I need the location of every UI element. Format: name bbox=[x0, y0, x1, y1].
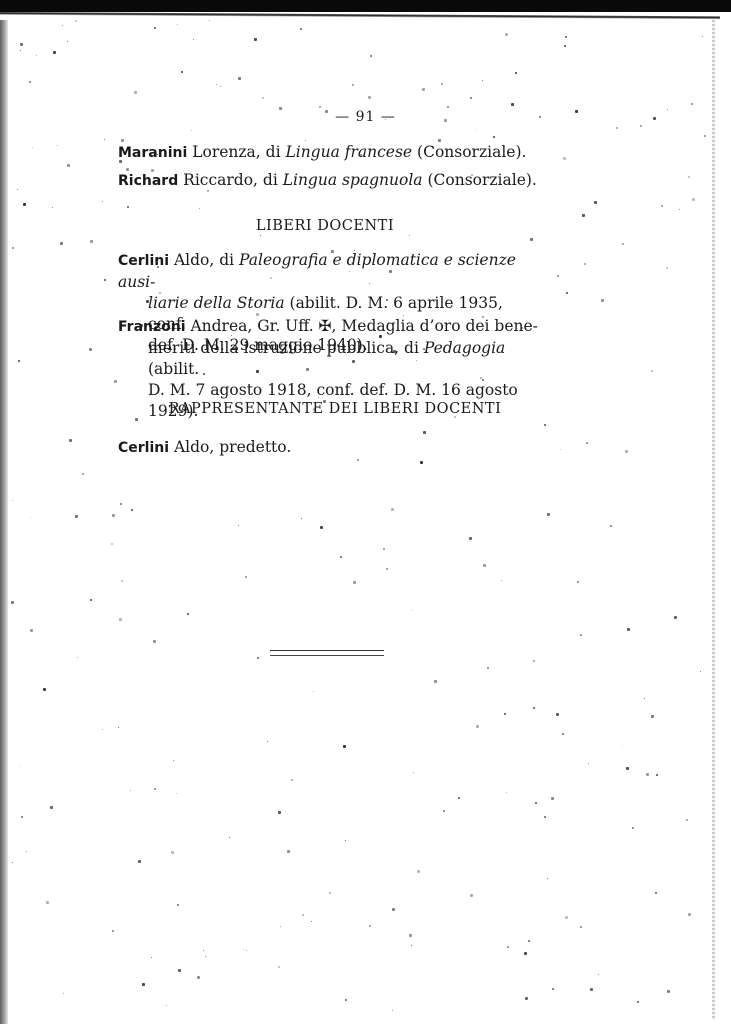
scan-speck bbox=[392, 1010, 393, 1011]
scan-speck bbox=[82, 473, 84, 475]
scan-speck bbox=[246, 950, 247, 951]
scan-speck bbox=[551, 797, 554, 800]
scan-speck bbox=[209, 20, 210, 21]
entry-maranini: Maranini Lorenza, di Lingua francese (Co… bbox=[118, 142, 538, 164]
scan-speck bbox=[43, 688, 46, 691]
scan-speck bbox=[178, 969, 181, 972]
scan-speck bbox=[112, 930, 114, 932]
scan-speck bbox=[640, 125, 642, 127]
scan-speck bbox=[205, 956, 206, 957]
scan-speck bbox=[199, 208, 200, 209]
scan-speck bbox=[580, 634, 582, 636]
scan-speck bbox=[565, 36, 567, 38]
scan-speck bbox=[267, 741, 268, 742]
scan-speck bbox=[476, 725, 479, 728]
entry-subject: liarie della Storia bbox=[148, 294, 285, 312]
scan-speck bbox=[525, 997, 528, 1000]
entry-text: Aldo, predetto. bbox=[169, 438, 291, 456]
scan-speck bbox=[443, 810, 445, 812]
scan-speck bbox=[30, 629, 33, 632]
scan-speck bbox=[67, 41, 68, 42]
scan-speck bbox=[193, 39, 194, 40]
scan-speck bbox=[60, 242, 63, 245]
scan-speck bbox=[345, 840, 346, 841]
scan-speck bbox=[243, 949, 244, 950]
scan-speck bbox=[352, 84, 354, 86]
scan-speck bbox=[104, 139, 105, 140]
scan-speck bbox=[216, 84, 217, 85]
entry-text: (abilit. bbox=[148, 360, 199, 378]
scan-speck bbox=[656, 774, 658, 776]
scan-speck bbox=[287, 850, 290, 853]
scan-speck bbox=[153, 640, 156, 643]
scan-speck bbox=[528, 940, 530, 942]
scan-speck bbox=[511, 103, 514, 106]
scan-speck bbox=[700, 671, 701, 672]
entry-text: (Consorziale). bbox=[412, 143, 526, 161]
scan-speck bbox=[552, 988, 554, 990]
entry-text: meriti della istruzione pubblica, di bbox=[148, 339, 424, 357]
scan-speck bbox=[547, 513, 550, 516]
scan-speck bbox=[533, 660, 535, 662]
scan-speck bbox=[692, 198, 695, 201]
scan-speck bbox=[187, 613, 189, 615]
scan-speck bbox=[564, 45, 566, 47]
scan-speck bbox=[29, 81, 31, 83]
scan-speck bbox=[69, 439, 72, 442]
scan-speck bbox=[329, 892, 331, 894]
scan-speck bbox=[254, 38, 257, 41]
scan-speck bbox=[535, 802, 537, 804]
scan-speck bbox=[504, 713, 506, 715]
scan-speck bbox=[434, 680, 437, 683]
scan-speck bbox=[501, 580, 502, 581]
scan-speck bbox=[417, 870, 420, 873]
scan-speck bbox=[67, 164, 70, 167]
scan-left-edge bbox=[0, 20, 8, 1024]
scan-speck bbox=[53, 51, 56, 54]
scan-speck bbox=[674, 616, 677, 619]
scan-speck bbox=[632, 827, 634, 829]
scan-speck bbox=[12, 247, 14, 249]
scan-speck bbox=[311, 921, 312, 922]
scan-speck bbox=[181, 71, 183, 73]
scan-speck bbox=[515, 72, 517, 74]
scan-top-rule bbox=[0, 12, 720, 19]
scan-speck bbox=[556, 713, 559, 716]
scan-speck bbox=[102, 201, 103, 202]
scan-speck bbox=[90, 240, 93, 243]
scan-speck bbox=[154, 27, 156, 29]
section-heading-rappresentante: RAPPRESENTANTE DEI LIBERI DOCENTI bbox=[10, 401, 660, 417]
scan-speck bbox=[138, 860, 141, 863]
scan-speck bbox=[142, 983, 145, 986]
scan-speck bbox=[111, 543, 113, 545]
scan-speck bbox=[544, 424, 546, 426]
scan-speck bbox=[409, 934, 412, 937]
page-number: — 91 — bbox=[0, 109, 731, 125]
entry-text: Lorenza, di bbox=[187, 143, 285, 161]
entry-name: Franzoni bbox=[118, 319, 186, 335]
scan-speck bbox=[679, 209, 680, 210]
scan-speck bbox=[46, 901, 49, 904]
scan-speck bbox=[166, 1005, 167, 1006]
scan-speck bbox=[12, 500, 13, 501]
scan-speck bbox=[32, 147, 33, 148]
entry-name: Richard bbox=[118, 173, 178, 189]
scan-speck bbox=[12, 862, 13, 863]
scan-speck bbox=[637, 1001, 639, 1003]
scan-speck bbox=[52, 207, 53, 208]
scan-speck bbox=[176, 793, 177, 794]
scan-speck bbox=[391, 508, 394, 511]
scan-speck bbox=[220, 86, 221, 87]
entry-name: Cerlini bbox=[118, 440, 169, 456]
scan-speck bbox=[77, 657, 78, 658]
scan-speck bbox=[154, 788, 156, 790]
scan-speck bbox=[245, 576, 247, 578]
scan-speck bbox=[30, 517, 31, 518]
entry-text: (Consorziale). bbox=[423, 171, 537, 189]
scan-speck bbox=[507, 946, 509, 948]
entry-richard: Richard Riccardo, di Lingua spagnuola (C… bbox=[118, 170, 538, 192]
scan-speck bbox=[557, 275, 559, 277]
scan-speck bbox=[20, 43, 23, 46]
scan-speck bbox=[203, 950, 204, 951]
scan-speck bbox=[392, 908, 395, 911]
entry-text: Aldo, di bbox=[169, 251, 239, 269]
scan-speck bbox=[238, 77, 241, 80]
scan-speck bbox=[686, 819, 688, 821]
scan-speck bbox=[197, 976, 200, 979]
scan-speck bbox=[369, 925, 371, 927]
scan-speck bbox=[584, 263, 586, 265]
scan-speck bbox=[565, 916, 568, 919]
scan-speck bbox=[601, 299, 604, 302]
scan-speck bbox=[524, 952, 527, 955]
scan-speck bbox=[590, 988, 593, 991]
scan-speck bbox=[119, 618, 122, 621]
scan-speck bbox=[102, 729, 103, 730]
scan-speck bbox=[655, 892, 657, 894]
scan-speck bbox=[470, 894, 473, 897]
scan-speck bbox=[413, 772, 414, 773]
scan-speck bbox=[688, 913, 691, 916]
scan-speck bbox=[594, 201, 597, 204]
scan-speck bbox=[530, 238, 533, 241]
scan-speck bbox=[20, 50, 21, 51]
scan-speck bbox=[582, 214, 585, 217]
scan-speck bbox=[151, 957, 152, 958]
scan-speck bbox=[470, 97, 472, 99]
scan-speck bbox=[118, 727, 119, 728]
scan-speck bbox=[177, 904, 179, 906]
scan-speck bbox=[131, 509, 133, 511]
scan-speck bbox=[560, 449, 561, 450]
scan-speck bbox=[666, 267, 668, 269]
scan-speck bbox=[112, 514, 115, 517]
scan-speck bbox=[89, 348, 92, 351]
scan-speck bbox=[622, 243, 624, 245]
entry-cerlini-rappresentante: Cerlini Aldo, predetto. bbox=[118, 437, 538, 459]
scan-speck bbox=[104, 279, 106, 281]
entry-subject: Lingua francese bbox=[285, 143, 412, 161]
scan-speck bbox=[313, 691, 314, 692]
scan-speck bbox=[627, 628, 630, 631]
scan-speck bbox=[177, 24, 178, 25]
scan-speck bbox=[262, 97, 264, 99]
scan-speck bbox=[422, 88, 425, 91]
entry-text: Riccardo, di bbox=[178, 171, 282, 189]
scan-speck bbox=[566, 292, 568, 294]
scan-speck bbox=[300, 28, 302, 30]
scan-speck bbox=[644, 698, 645, 699]
scan-speck bbox=[411, 945, 412, 946]
scan-speck bbox=[616, 127, 618, 129]
scan-speck bbox=[547, 878, 548, 879]
scan-speck bbox=[493, 136, 495, 138]
section-heading-liberi-docenti: LIBERI DOCENTI bbox=[0, 218, 650, 234]
scan-speck bbox=[278, 811, 281, 814]
scan-speck bbox=[458, 797, 460, 799]
scan-speck bbox=[586, 442, 588, 444]
scan-speck bbox=[238, 525, 239, 526]
scan-speck bbox=[702, 36, 703, 37]
scan-speck bbox=[134, 91, 137, 94]
scan-speck bbox=[505, 33, 508, 36]
scan-speck bbox=[340, 556, 342, 558]
scan-speck bbox=[651, 715, 654, 718]
scan-speck bbox=[370, 55, 372, 57]
scan-speck bbox=[651, 370, 653, 372]
scan-speck bbox=[625, 450, 628, 453]
scan-speck bbox=[191, 130, 192, 131]
scan-speck bbox=[423, 431, 426, 434]
scan-speck bbox=[610, 525, 612, 527]
scan-speck bbox=[121, 580, 123, 582]
scan-speck bbox=[127, 206, 129, 208]
scan-speck bbox=[75, 515, 78, 518]
scan-speck bbox=[475, 129, 476, 130]
scan-speck bbox=[704, 135, 706, 137]
scan-speck bbox=[482, 80, 483, 81]
scan-speck bbox=[343, 745, 346, 748]
scan-speck bbox=[469, 537, 472, 540]
scan-speck bbox=[588, 763, 589, 764]
scan-speck bbox=[90, 599, 92, 601]
scan-speck bbox=[173, 760, 174, 761]
entry-text: Andrea, Gr. Uff. ✠, Medaglia d’oro dei b… bbox=[186, 317, 538, 335]
scan-speck bbox=[441, 83, 443, 85]
entry-subject: Pedagogia bbox=[424, 339, 505, 357]
scan-speck bbox=[75, 20, 77, 22]
scan-speck bbox=[622, 745, 623, 746]
scan-speck bbox=[26, 851, 27, 852]
scan-speck bbox=[301, 518, 302, 519]
scan-speck bbox=[577, 581, 579, 583]
scan-speck bbox=[353, 581, 356, 584]
scan-speck bbox=[320, 526, 323, 529]
entry-name: Maranini bbox=[118, 145, 187, 161]
entry-name: Cerlini bbox=[118, 253, 169, 269]
scan-speck bbox=[319, 106, 321, 108]
scan-speck bbox=[171, 851, 174, 854]
scan-speck bbox=[483, 564, 486, 567]
scan-speck bbox=[626, 767, 629, 770]
scan-speck bbox=[229, 837, 230, 838]
scan-speck bbox=[62, 25, 63, 26]
scan-speck bbox=[302, 914, 304, 916]
scan-speck bbox=[257, 657, 259, 659]
scan-speck bbox=[357, 459, 359, 461]
scan-speck bbox=[533, 707, 535, 709]
scan-speck bbox=[598, 974, 599, 975]
scan-speck bbox=[368, 96, 371, 99]
scan-speck bbox=[409, 235, 410, 236]
scan-speck bbox=[411, 610, 412, 611]
scan-speck bbox=[544, 816, 546, 818]
scan-speck bbox=[130, 790, 131, 791]
scan-right-edge bbox=[712, 20, 715, 1020]
scan-speck bbox=[667, 990, 670, 993]
scan-speck bbox=[386, 568, 388, 570]
scan-speck bbox=[114, 380, 117, 383]
scan-speck bbox=[17, 189, 18, 190]
scan-speck bbox=[280, 926, 281, 927]
scan-speck bbox=[291, 779, 293, 781]
scan-speck bbox=[19, 766, 20, 767]
scan-speck bbox=[120, 503, 122, 505]
scan-speck bbox=[278, 966, 280, 968]
scan-speck bbox=[691, 103, 693, 105]
scan-speck bbox=[345, 999, 347, 1001]
scan-speck bbox=[50, 806, 53, 809]
scan-speck bbox=[661, 205, 663, 207]
scan-speck bbox=[506, 792, 507, 793]
scan-speck bbox=[18, 360, 20, 362]
scan-speck bbox=[36, 55, 37, 56]
scan-speck bbox=[57, 145, 58, 146]
scan-speck bbox=[580, 926, 582, 928]
scan-speck bbox=[562, 733, 564, 735]
entry-subject: Lingua spagnuola bbox=[283, 171, 423, 189]
scan-speck bbox=[420, 461, 423, 464]
scan-speck bbox=[23, 203, 26, 206]
scan-speck bbox=[688, 176, 690, 178]
scan-top-border bbox=[0, 0, 731, 12]
scan-speck bbox=[11, 601, 14, 604]
scan-speck bbox=[63, 993, 64, 994]
scan-speck bbox=[21, 816, 23, 818]
scan-speck bbox=[563, 157, 566, 160]
scan-speck bbox=[646, 773, 649, 776]
scan-speck bbox=[383, 548, 385, 550]
end-of-section-rule bbox=[270, 650, 384, 656]
scan-speck bbox=[260, 235, 261, 236]
scan-speck bbox=[487, 667, 489, 669]
